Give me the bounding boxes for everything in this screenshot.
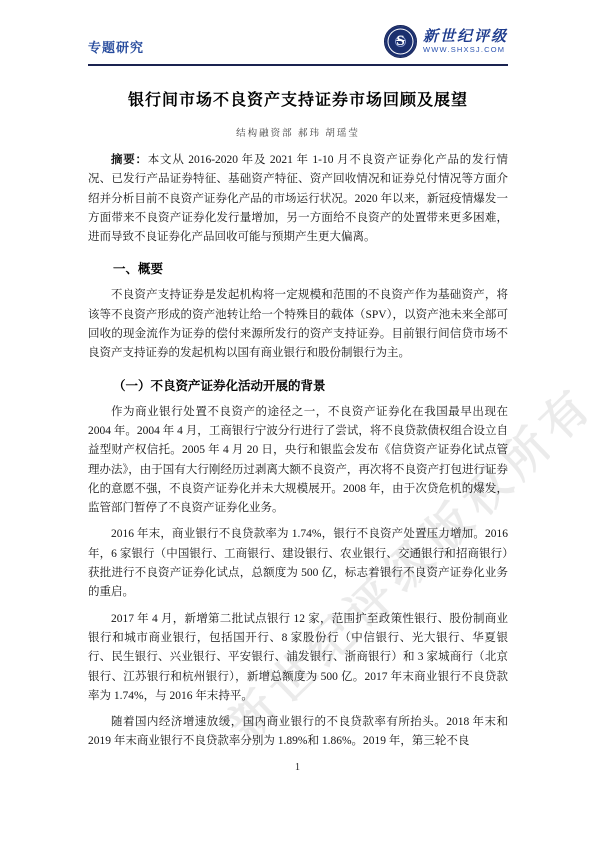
abstract-text: 本文从 2016-2020 年及 2021 年 1-10 月不良资产证券化产品的… (88, 154, 508, 243)
body-paragraph: 随着国内经济增速放缓，国内商业银行的不良贷款率有所抬头。2018 年末和 201… (88, 713, 508, 752)
article-content: 银行间市场不良资产支持证券市场回顾及展望 结构融资部 郝玮 胡瑶莹 摘要：本文从… (88, 67, 508, 752)
brand-website: WWW.SHXSJ.COM (423, 45, 508, 54)
page-header: 专题研究 S 新世纪评级 WWW.SHXSJ.COM (88, 0, 508, 66)
abstract-label: 摘要： (111, 154, 148, 166)
logo-emblem-icon: S (384, 25, 417, 58)
page-footer: 1 (0, 762, 595, 773)
body-paragraph: 不良资产支持证券是发起机构将一定规模和范围的不良资产作为基础资产，将该等不良资产… (88, 286, 508, 363)
report-type-label: 专题研究 (88, 37, 144, 64)
abstract-paragraph: 摘要：本文从 2016-2020 年及 2021 年 1-10 月不良资产证券化… (88, 151, 508, 247)
page-number: 1 (295, 762, 300, 773)
section-heading: 一、概要 (88, 260, 508, 279)
article-title: 银行间市场不良资产支持证券市场回顾及展望 (88, 87, 508, 110)
company-logo: S 新世纪评级 WWW.SHXSJ.COM (384, 25, 508, 64)
body-paragraph: 作为商业银行处置不良资产的途径之一，不良资产证券化在我国最早出现在 2004 年… (88, 403, 508, 519)
logo-s-glyph: S (396, 34, 404, 49)
body-paragraph: 2016 年末，商业银行不良贷款率为 1.74%，银行不良资产处置压力增加。20… (88, 525, 508, 602)
article-authors: 结构融资部 郝玮 胡瑶莹 (88, 125, 508, 139)
subsection-heading: （一）不良资产证券化活动开展的背景 (88, 377, 508, 396)
logo-text: 新世纪评级 WWW.SHXSJ.COM (423, 29, 508, 54)
brand-name: 新世纪评级 (423, 29, 508, 45)
body-paragraph: 2017 年 4 月，新增第二批试点银行 12 家，范围扩至政策性银行、股份制商… (88, 610, 508, 706)
document-page: 新世纪评级版权所有 专题研究 S 新世纪评级 WWW.SHXSJ.COM 银行间… (0, 0, 595, 841)
